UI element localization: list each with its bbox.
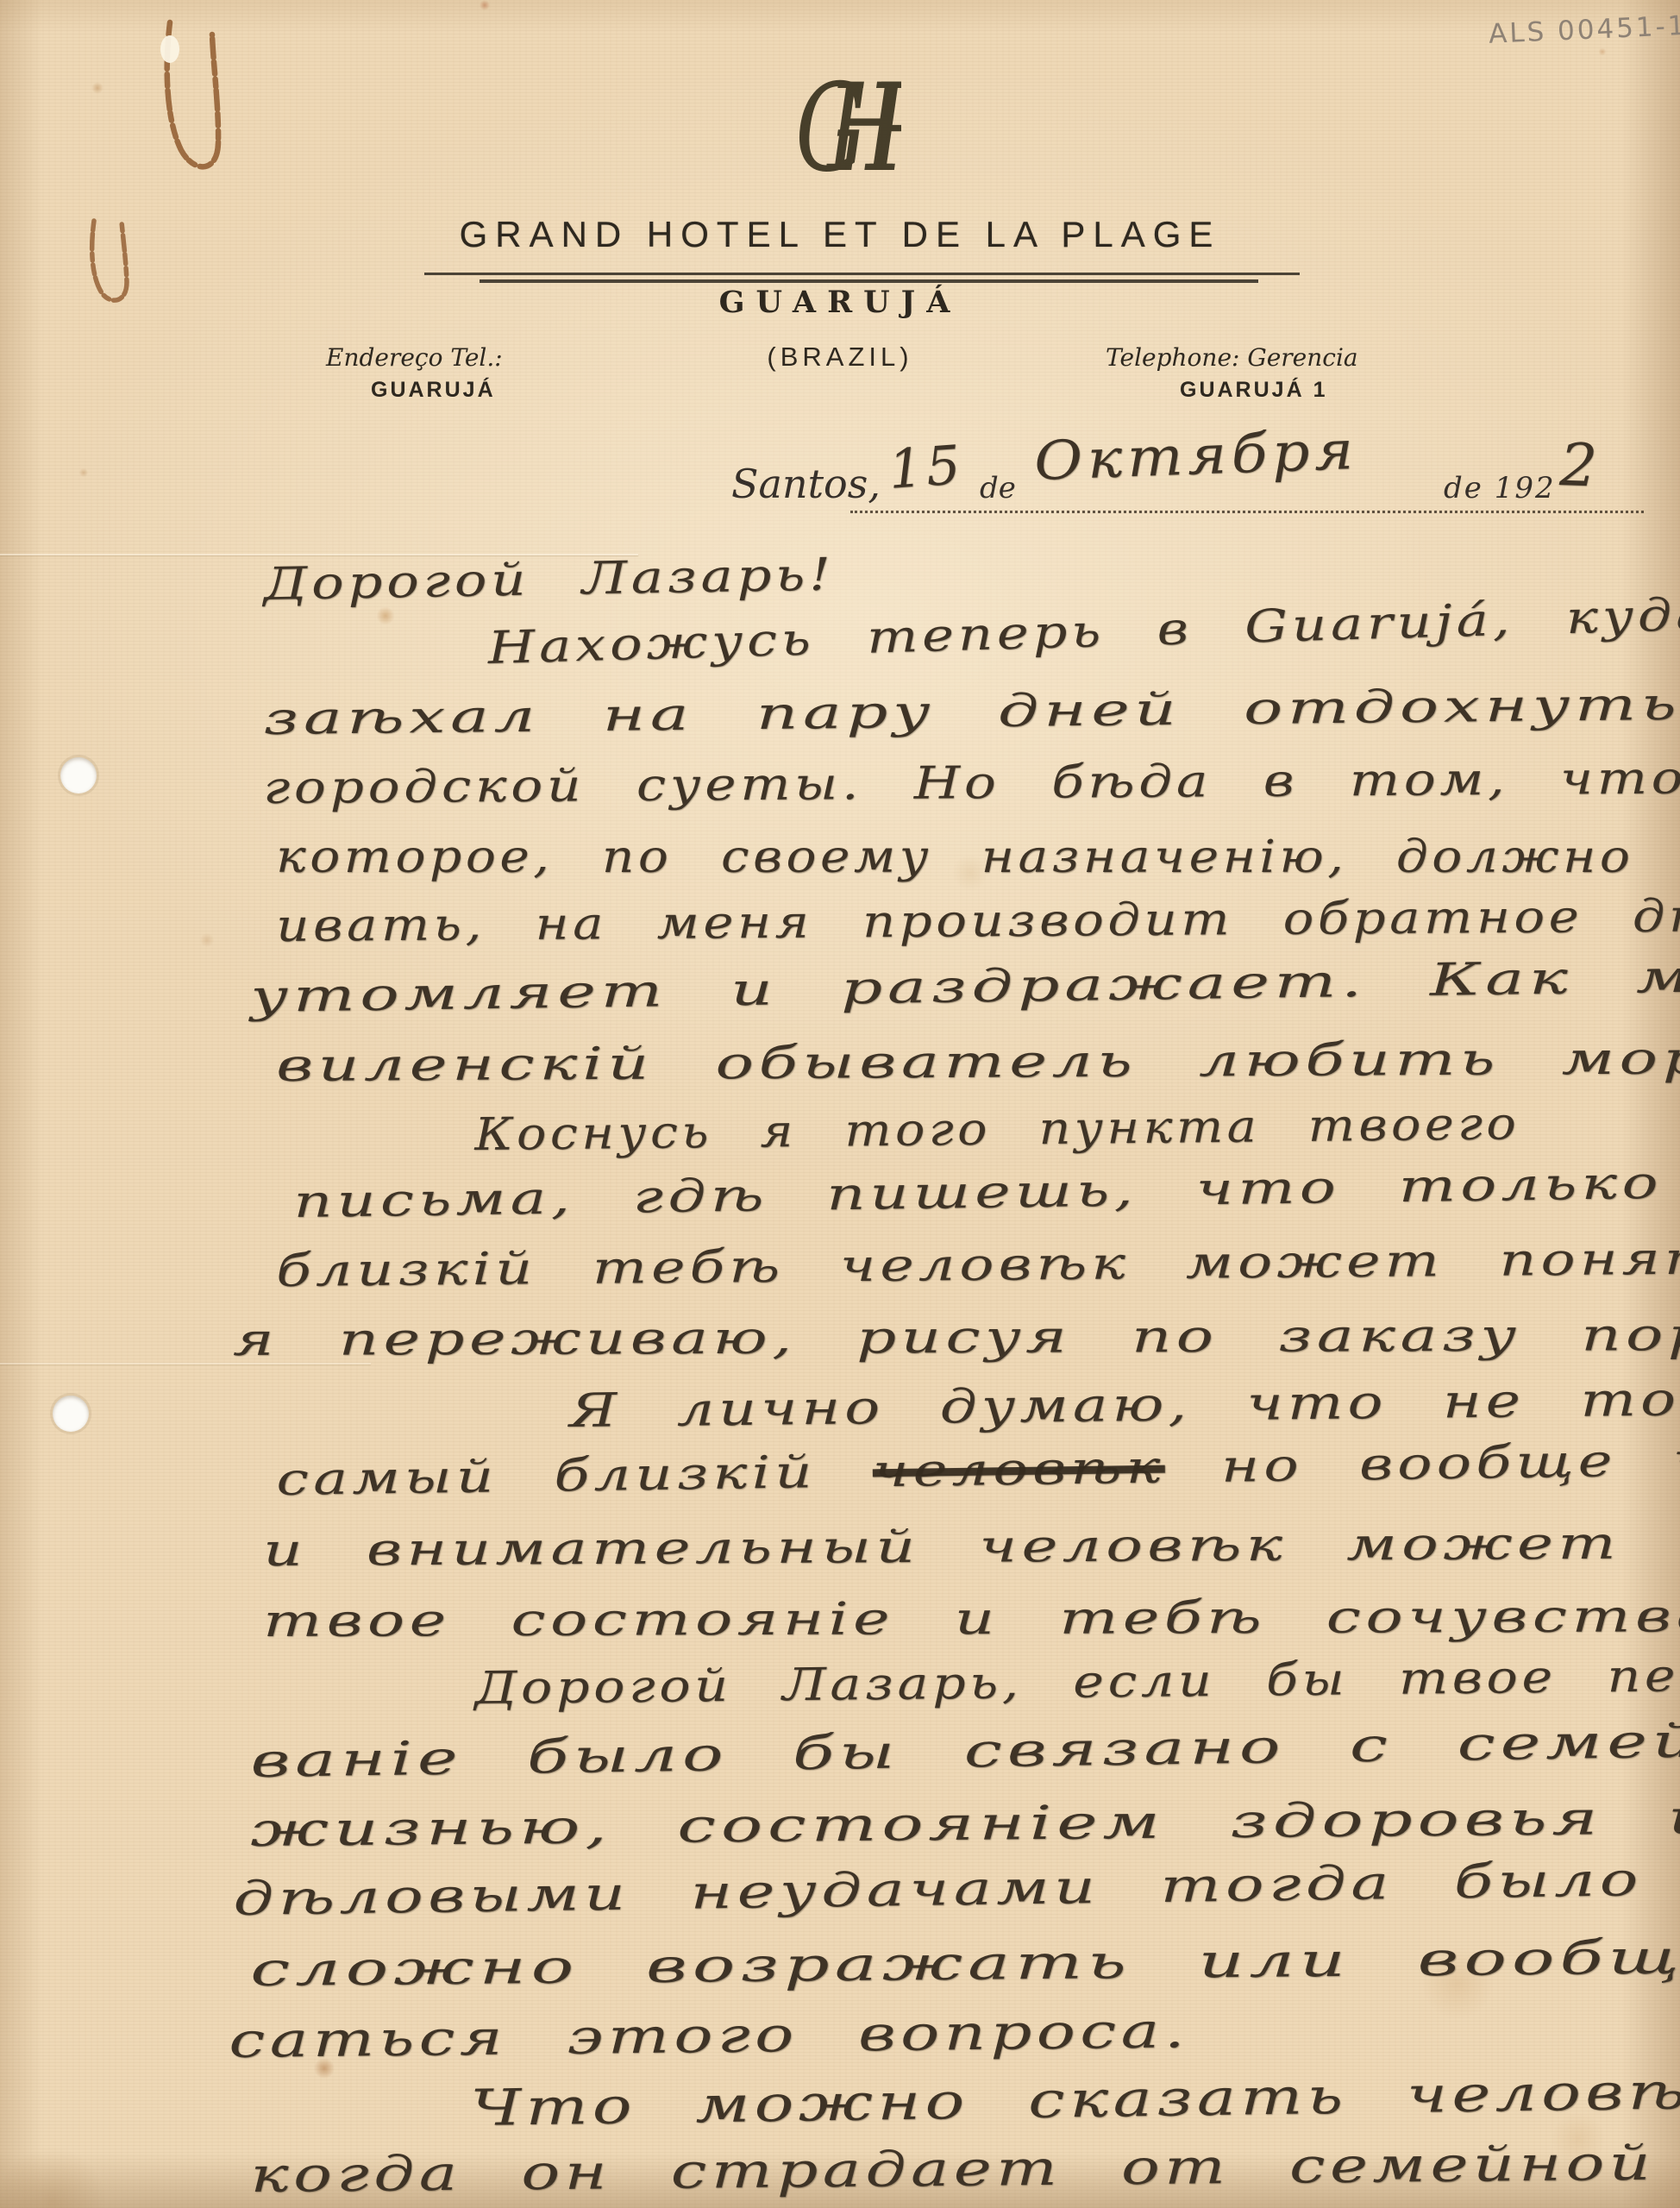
- handwritten-line-3: заѣхал на пару дней отдохнуть от: [263, 677, 1680, 745]
- line-14-post: но вообще чуткій: [1164, 1431, 1680, 1493]
- handwritten-line-6: ивать, на меня производит обратное дѣйст…: [276, 889, 1680, 952]
- handwritten-line-7: утомляет и раздражает. Как может: [250, 948, 1680, 1023]
- line-14-pre: самый близкій: [276, 1446, 873, 1506]
- handwritten-line-18: ваніе было бы связано с семейной: [250, 1711, 1680, 1788]
- handwritten-line-21: сложно возражать или вообще ка-: [250, 1928, 1680, 1997]
- dateline-de-1: de: [980, 471, 1016, 505]
- letterhead-rule-thin: [424, 273, 1300, 275]
- hotel-monogram-letters: GHP: [795, 58, 901, 199]
- handwritten-line-11: близкій тебѣ человѣк может понять, что: [276, 1231, 1680, 1297]
- handwritten-line-19: жизнью, состояніем здоровья или: [250, 1789, 1680, 1857]
- dateline-de-2: de 192: [1444, 471, 1556, 505]
- dateline-year-digit: 2: [1558, 431, 1602, 501]
- hotel-country: (BRAZIL): [0, 342, 1680, 373]
- letterhead-rule-thick: [480, 279, 1258, 283]
- hotel-monogram: GHP: [780, 53, 901, 213]
- hotel-city: GUARUJÁ: [0, 285, 1680, 320]
- handwritten-line-16: твое состояніе и тебѣ сочувствовать.: [263, 1590, 1680, 1647]
- handwritten-line-24: когда он страдает от семейной неурядицы: [250, 2131, 1680, 2204]
- handwritten-line-17: Дорогой Лазарь, если бы твое пережи-: [474, 1648, 1680, 1715]
- paperclip-rust-marks: [0, 0, 276, 328]
- handwritten-line-1: Дорогой Лазарь!: [263, 549, 835, 611]
- telegraph-address-value: GUARUJÁ: [371, 378, 496, 403]
- handwritten-line-10: письма, гдѣ пишешь, что только самый: [293, 1153, 1680, 1228]
- dateline-day: 15: [887, 433, 966, 501]
- handwritten-line-9: Коснусь я того пункта твоего: [474, 1098, 1520, 1161]
- handwritten-line-15: и внимательный человѣк может понять: [263, 1516, 1680, 1577]
- hotel-name: GRAND HOTEL ET DE LA PLAGE: [0, 214, 1680, 255]
- crossed-out-word: человѣк: [872, 1442, 1165, 1498]
- dateline-month: Октября: [1033, 418, 1359, 492]
- handwritten-line-8: виленскій обыватель любить море!: [276, 1032, 1680, 1092]
- telephone-label: Telephone: Gerencia: [1106, 343, 1358, 372]
- letter-page: ALS 00451-1/6 GHP GRAND HOTEL ET DE LA P…: [0, 0, 1680, 2208]
- archive-annotation: ALS 00451-1/6: [1488, 9, 1680, 50]
- handwritten-line-20: дѣловыми неудачами тогда было бы: [233, 1850, 1680, 1926]
- handwritten-line-23: Что можно сказать человѣку,: [470, 2060, 1680, 2137]
- dateline-place: Santos,: [731, 461, 881, 507]
- handwritten-line-13: Я лично думаю, что не только: [569, 1371, 1680, 1438]
- telephone-value: GUARUJÁ 1: [1180, 378, 1327, 403]
- punch-hole-top: [60, 757, 97, 793]
- handwritten-line-5: которое, по своему назначенію, должно ус…: [276, 831, 1680, 883]
- handwritten-line-12: я переживаю, рисуя по заказу портреты.: [233, 1308, 1680, 1366]
- handwritten-line-4: городской суеты. Но бѣда в том, что море…: [263, 751, 1680, 814]
- punch-hole-bottom: [53, 1396, 89, 1432]
- handwritten-line-14: самый близкій человѣк но вообще чуткій: [276, 1431, 1680, 1506]
- handwritten-line-22: саться этого вопроса.: [229, 2003, 1189, 2069]
